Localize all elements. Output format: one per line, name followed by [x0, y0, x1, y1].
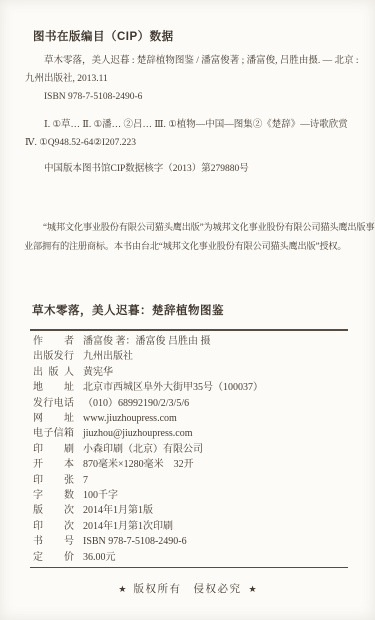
row-value: 小森印刷（北京）有限公司: [83, 442, 203, 457]
table-row-isbn: 书号 ISBN 978-7-5108-2490-6: [33, 534, 375, 549]
trademark-line: 业部拥有的注册商标。本书由台北“城邦文化事业股份有限公司猫头鹰出版”授权。: [24, 237, 375, 256]
row-value: 100千字: [83, 488, 118, 503]
row-value: （010）68992190/2/3/5/6: [83, 396, 189, 411]
row-label: 地址: [33, 380, 74, 395]
table-row-author: 作者 潘富俊 著：潘富俊 吕胜由 摄: [33, 334, 375, 349]
cip-record-line: 九州出版社, 2013.11: [25, 70, 375, 88]
row-value: 黄宪华: [83, 365, 113, 380]
star-icon: ★: [118, 584, 126, 594]
trademark-line: “城邦文化事业股份有限公司猫头鹰出版”为城邦文化事业股份有限公司猫头鹰出版事: [24, 218, 375, 237]
copyright-notice: ★版权所有 侵权必究★: [0, 581, 375, 596]
row-value: 北京市西城区阜外大街甲35号（100037）: [83, 380, 263, 395]
row-label: 出版人: [33, 365, 74, 380]
row-label: 发行电话: [33, 396, 74, 411]
isbn-line: ISBN 978-7-5108-2490-6: [25, 88, 375, 106]
row-label: 印刷: [33, 442, 74, 457]
row-label: 作者: [33, 334, 74, 349]
table-row-format: 开本 870毫米×1280毫米 32开: [33, 457, 375, 472]
copyright-page: 图书在版编目（CIP）数据 草木零落，美人迟暮 : 楚辞植物图鉴 / 潘富俊著 …: [0, 0, 375, 620]
row-label: 出版发行: [33, 349, 74, 364]
row-label: 字数: [33, 488, 74, 503]
row-label: 书号: [33, 534, 74, 549]
row-label: 印次: [33, 519, 74, 534]
row-value: 2014年1月第1版: [83, 503, 153, 518]
table-row-publishing-director: 出版人 黄宪华: [33, 365, 375, 380]
row-value: 九州出版社: [83, 349, 133, 364]
row-value: www.jiuzhoupress.com: [83, 411, 177, 426]
cip-classification-line: Ⅰ. ①草… Ⅱ. ①潘… ②吕… Ⅲ. ①植物—中国—图集②《楚辞》—诗歌欣赏: [25, 116, 375, 134]
row-value: 2014年1月第1次印刷: [83, 519, 173, 534]
table-row-website: 网址 www.jiuzhoupress.com: [33, 411, 375, 426]
cip-record-block: 草木零落，美人迟暮 : 楚辞植物图鉴 / 潘富俊著 ; 潘富俊, 吕胜由摄. —…: [25, 52, 375, 106]
row-label: 网址: [33, 411, 74, 426]
cip-record-line: 草木零落，美人迟暮 : 楚辞植物图鉴 / 潘富俊著 ; 潘富俊, 吕胜由摄. —…: [25, 52, 375, 70]
row-label: 电子信箱: [33, 426, 74, 441]
table-row-email: 电子信箱 jiuzhou@jiuzhoupress.com: [33, 426, 375, 441]
row-value: 潘富俊 著：潘富俊 吕胜由 摄: [83, 334, 211, 349]
table-row-price: 定价 36.00元: [33, 550, 375, 565]
copyright-notice-text: 版权所有 侵权必究: [134, 584, 242, 595]
row-value: 7: [83, 473, 88, 488]
row-value: 870毫米×1280毫米 32开: [83, 457, 194, 472]
table-row-sheets: 印张 7: [33, 473, 375, 488]
divider-bottom: [30, 567, 348, 568]
table-row-word-count: 字数 100千字: [33, 488, 375, 503]
table-row-printer: 印刷 小森印刷（北京）有限公司: [33, 442, 375, 457]
book-title: 草木零落，美人迟暮：楚辞植物图鉴: [32, 304, 375, 319]
colophon-table: 作者 潘富俊 著：潘富俊 吕胜由 摄 出版发行 九州出版社 出版人 黄宪华 地址…: [33, 334, 375, 565]
cip-heading: 图书在版编目（CIP）数据: [33, 0, 375, 44]
divider-top: [30, 329, 348, 331]
row-label: 开本: [33, 457, 74, 472]
table-row-publisher: 出版发行 九州出版社: [33, 349, 375, 364]
row-label: 版次: [33, 503, 74, 518]
table-row-phone: 发行电话 （010）68992190/2/3/5/6: [33, 396, 375, 411]
row-label: 定价: [33, 550, 74, 565]
row-value: ISBN 978-7-5108-2490-6: [83, 534, 187, 549]
cip-classification-line: Ⅳ. ①Q948.52-64②I207.223: [25, 134, 375, 152]
table-row-edition: 版次 2014年1月第1版: [33, 503, 375, 518]
cip-registry-line: 中国版本图书馆CIP数据核字（2013）第279880号: [25, 160, 375, 178]
cip-classification-block: Ⅰ. ①草… Ⅱ. ①潘… ②吕… Ⅲ. ①植物—中国—图集②《楚辞》—诗歌欣赏…: [25, 116, 375, 152]
table-row-printing: 印次 2014年1月第1次印刷: [33, 519, 375, 534]
trademark-notice: “城邦文化事业股份有限公司猫头鹰出版”为城邦文化事业股份有限公司猫头鹰出版事 业…: [24, 218, 375, 256]
table-row-address: 地址 北京市西城区阜外大街甲35号（100037）: [33, 380, 375, 395]
row-value: jiuzhou@jiuzhoupress.com: [83, 426, 192, 441]
row-label: 印张: [33, 473, 74, 488]
row-value: 36.00元: [83, 550, 116, 565]
star-icon: ★: [249, 584, 257, 594]
